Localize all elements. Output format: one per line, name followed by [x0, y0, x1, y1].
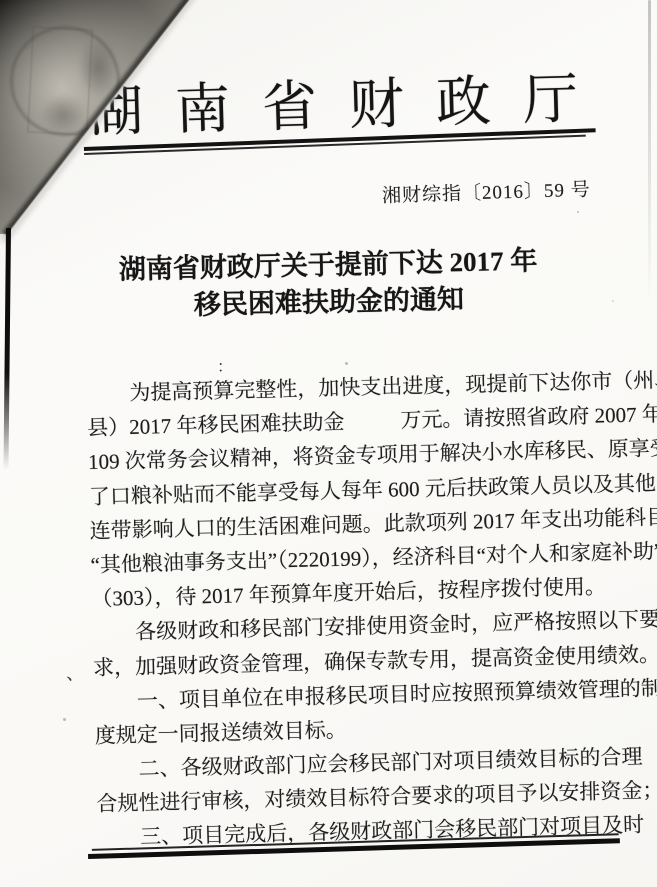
- scan-speck: [577, 211, 579, 213]
- scan-speck: [345, 362, 348, 365]
- amount-blank-space: [345, 428, 401, 429]
- scan-speck: [63, 718, 66, 721]
- scanned-document-page: 湖南省财政厅 湘财综指〔2016〕59 号 湖南省财政厅关于提前下达 2017 …: [0, 0, 657, 887]
- document-body: 为提高预算完整性，加快支出进度，现提前下达你市（州、 县）2017 年移民困难扶…: [86, 364, 620, 855]
- amount-line-pre: 县）2017 年移民困难扶助金: [87, 410, 345, 440]
- scan-speck: [612, 300, 614, 302]
- amount-line-post: 万元。请按照省政府 2007 年第: [400, 402, 657, 433]
- page-right-edge-shadow: [648, 0, 651, 300]
- document-title: 湖南省财政厅关于提前下达 2017 年 移民困难扶助金的通知: [0, 240, 657, 328]
- document-number: 湘财综指〔2016〕59 号: [382, 174, 592, 208]
- margin-stray-mark: 、: [66, 657, 84, 692]
